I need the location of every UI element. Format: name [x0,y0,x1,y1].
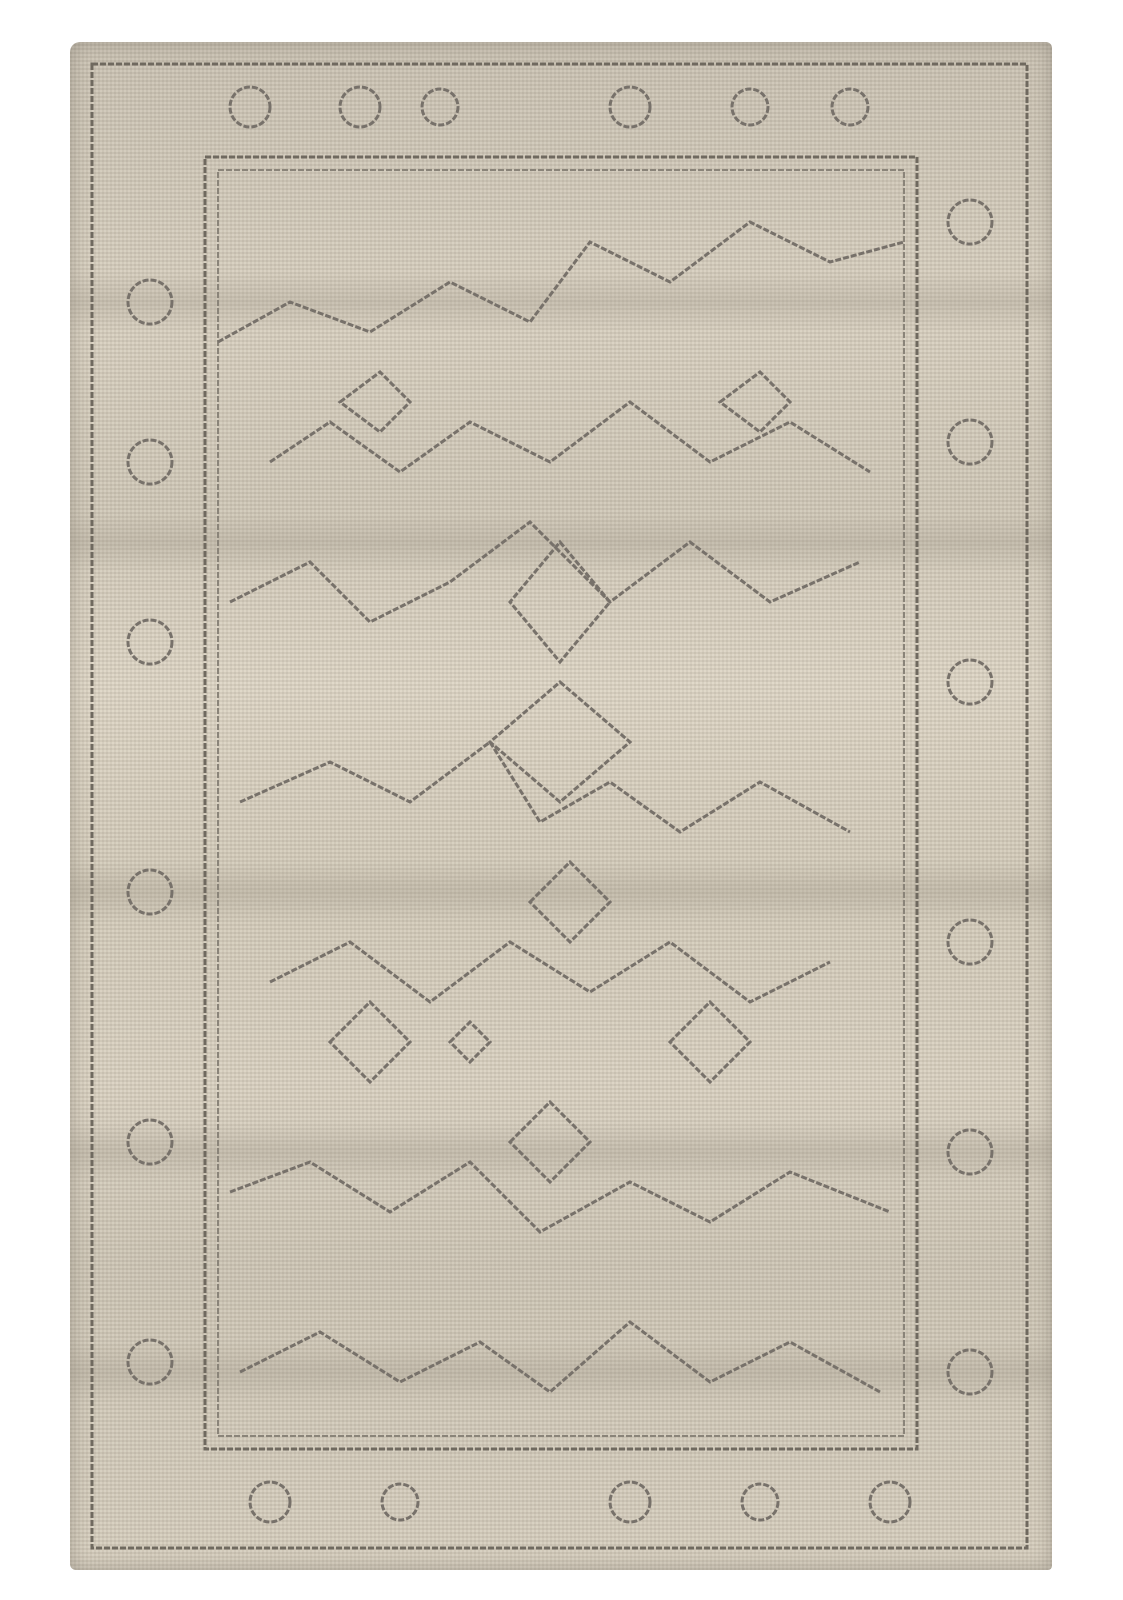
border-rosettes-left [128,280,172,1384]
rug [70,42,1052,1570]
rug-pattern [70,42,1052,1570]
